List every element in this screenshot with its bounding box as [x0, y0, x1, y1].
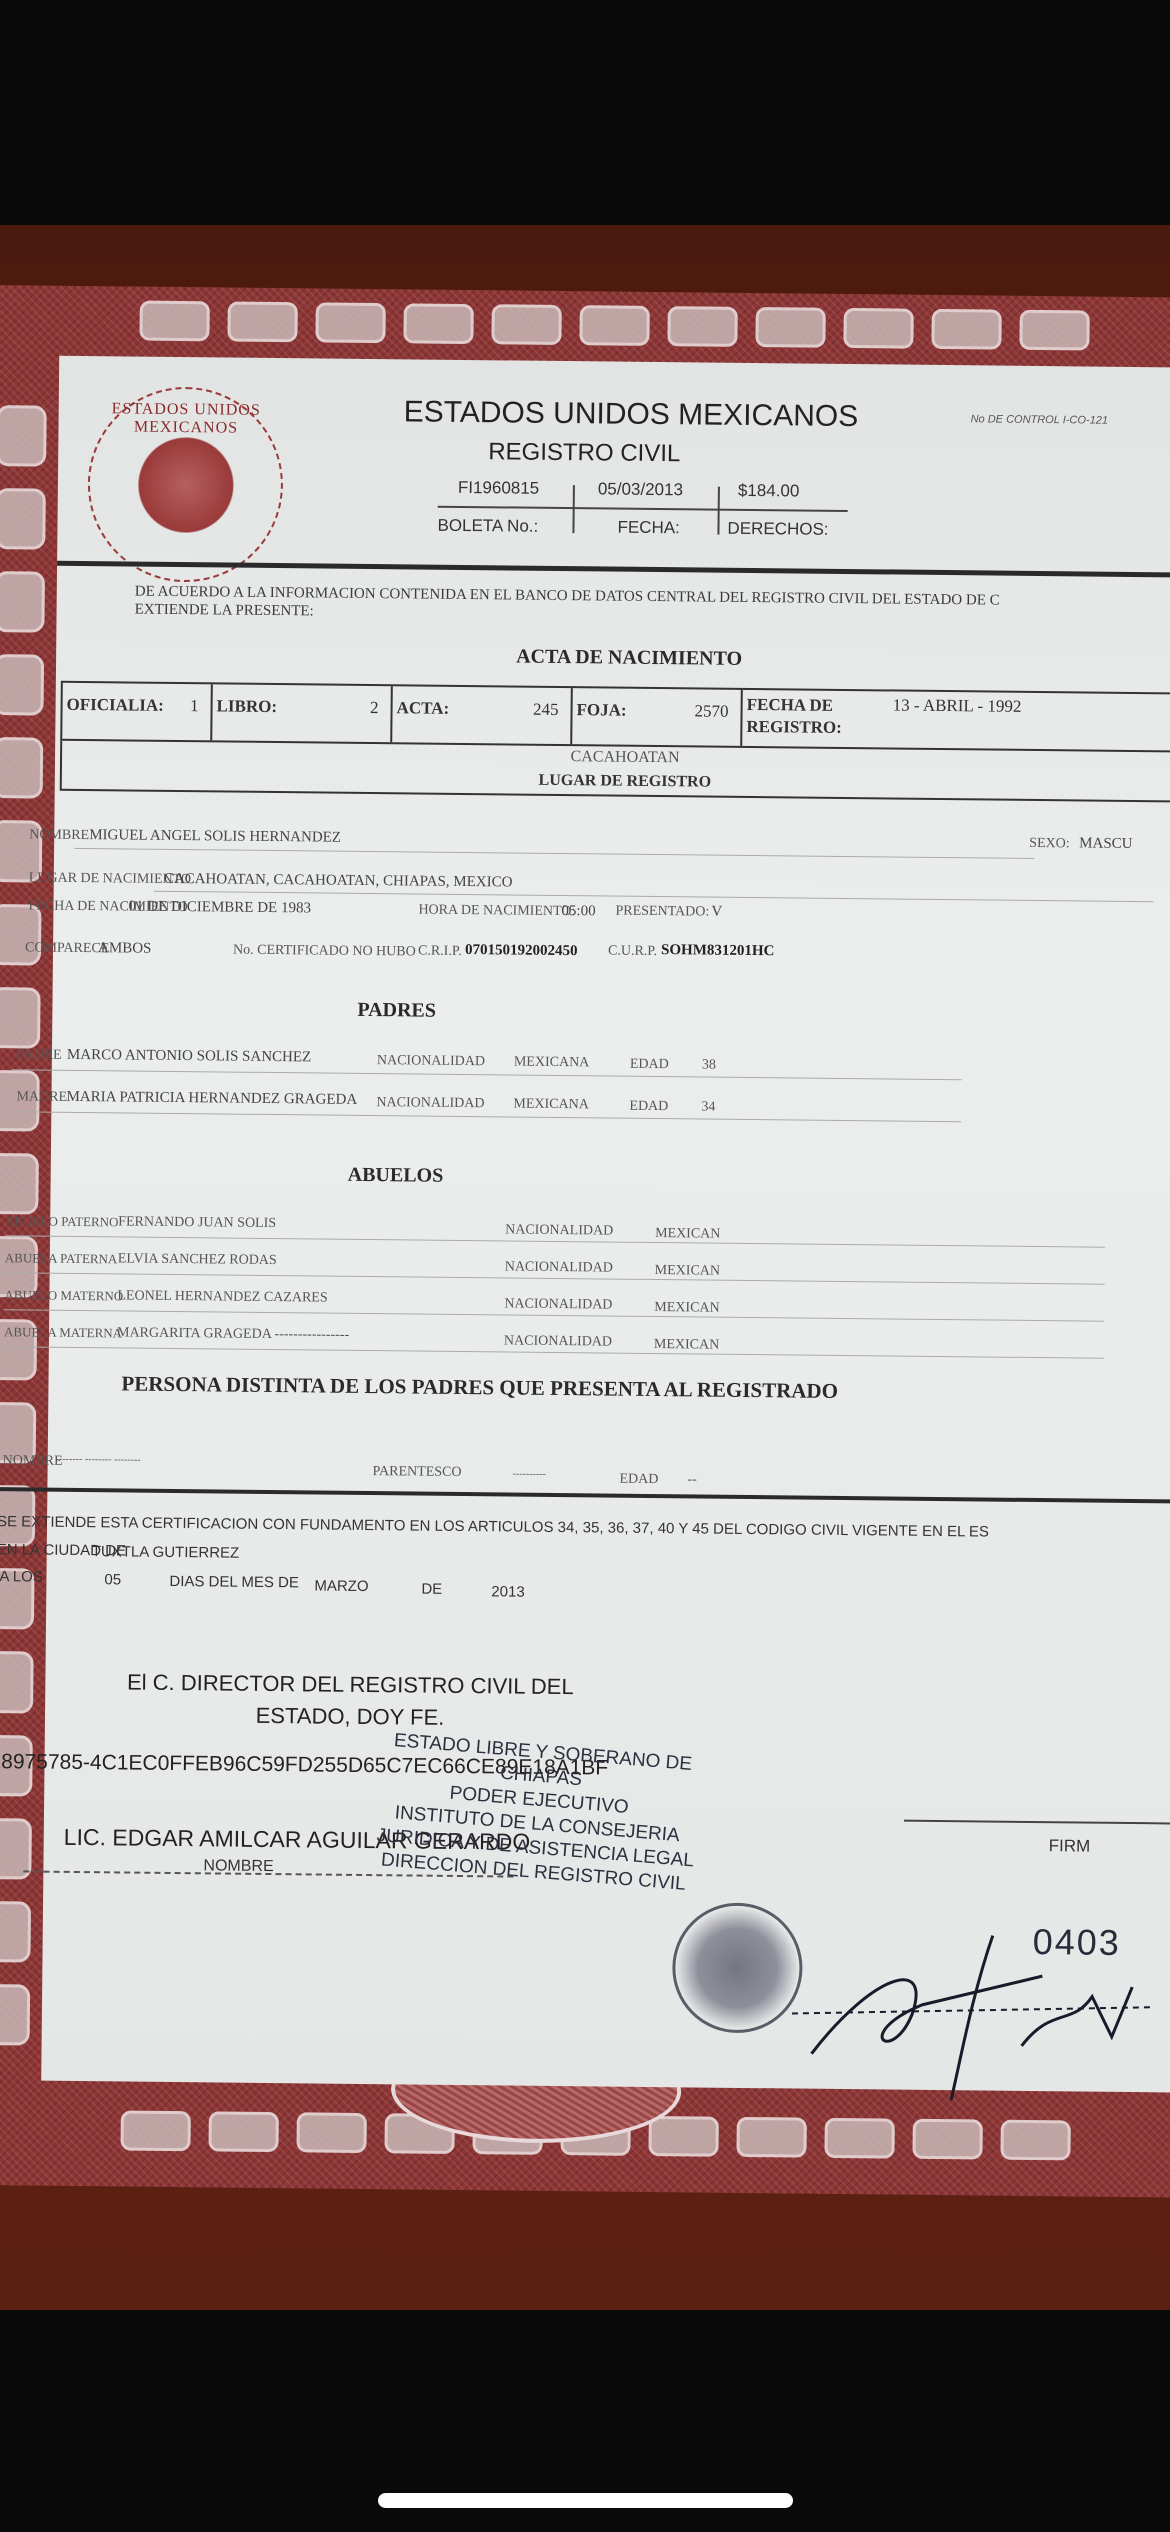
office-title: REGISTRO CIVIL: [488, 438, 680, 468]
state-stamp: ESTADO LIBRE Y SOBERANO DECHIAPASPODER E…: [378, 1739, 698, 1886]
country-title: ESTADOS UNIDOS MEXICANOS: [404, 395, 859, 434]
birth-certificate: ESTADOS UNIDOS MEXICANOS ESTADOS UNIDOS …: [0, 285, 1170, 2197]
ciudad-value: TUXTLA GUTIERREZ: [92, 1543, 240, 1562]
presentado-value: V: [711, 904, 722, 921]
eagle-emblem-icon: [130, 429, 241, 540]
libro-value: 2: [370, 698, 379, 718]
a-los-label: A LOS: [0, 1568, 43, 1585]
presenta-nombre-label: NOMBRE: [3, 1453, 63, 1470]
grandparent-name: MARGARITA GRAGEDA ----------------: [117, 1325, 349, 1343]
certificado-label: No. CERTIFICADO NO HUBO: [233, 943, 416, 961]
parent-edad: 38: [702, 1057, 716, 1073]
crip-value: 070150192002450: [465, 942, 578, 960]
fee-rule: [438, 506, 848, 512]
lugar-nacimiento-value: CACAHOATAN, CACAHOATAN, CHIAPAS, MEXICO: [164, 871, 513, 892]
boleta-value: FI1960815: [458, 478, 540, 499]
parent-name: MARCO ANTONIO SOLIS SANCHEZ: [67, 1047, 312, 1067]
oficialia-label: OFICIALIA:: [67, 695, 165, 716]
grandparent-nacionalidad-label: NACIONALIDAD: [505, 1222, 613, 1239]
de-label: DE: [421, 1581, 442, 1598]
fecha-nacimiento-value: 01 DE DICIEMBRE DE 1983: [128, 898, 311, 917]
grandparent-nacionalidad: MEXICAN: [655, 1226, 721, 1243]
certification-text: SE EXTIENDE ESTA CERTIFICACION CON FUNDA…: [0, 1513, 989, 1540]
national-seal: ESTADOS UNIDOS MEXICANOS: [87, 386, 284, 583]
fee-divider: [717, 487, 720, 535]
grandparent-name: FERNANDO JUAN SOLIS: [118, 1214, 276, 1232]
grandparent-nacionalidad: MEXICAN: [655, 1263, 721, 1280]
crip-label: C.R.I.P.: [418, 944, 462, 960]
dias-label: DIAS DEL MES DE: [169, 1573, 299, 1591]
libro-cell: LIBRO: 2: [212, 684, 393, 742]
signature-icon: [791, 1913, 1153, 2107]
official-stamp-icon: [672, 1902, 803, 2033]
control-number: No DE CONTROL I-CO-121: [971, 413, 1108, 426]
foja-label: FOJA:: [576, 700, 626, 721]
parent-nacionalidad: MEXICANA: [514, 1055, 590, 1072]
hora-nacimiento-label: HORA DE NACIMIENTO:: [418, 903, 575, 921]
fecha-label: FECHA:: [617, 518, 680, 539]
grandparent-role: ABUELO PATERNO: [5, 1213, 118, 1230]
grandparent-nacionalidad: MEXICAN: [654, 1300, 720, 1317]
acta-value: 245: [533, 700, 559, 720]
abuelos-title: ABUELOS: [348, 1164, 444, 1188]
grandparent-nacionalidad-label: NACIONALIDAD: [505, 1259, 613, 1276]
padres-title: PADRES: [357, 999, 436, 1023]
grandparent-nacionalidad-label: NACIONALIDAD: [504, 1333, 612, 1350]
grandparent-role: ABUELA MATERNA: [4, 1324, 122, 1341]
boleta-label: BOLETA No.:: [437, 516, 538, 537]
sexo-label: SEXO:: [1029, 836, 1070, 852]
home-indicator[interactable]: [378, 2493, 793, 2508]
presenta-title: PERSONA DISTINTA DE LOS PADRES QUE PRESE…: [121, 1371, 838, 1404]
grandparent-name: LEONEL HERNANDEZ CAZARES: [117, 1288, 327, 1306]
parent-nacionalidad-label: NACIONALIDAD: [376, 1095, 484, 1112]
oficialia-cell: OFICIALIA: 1: [62, 683, 213, 741]
firma-label: FIRM: [1049, 1836, 1091, 1856]
intro-text: DE ACUERDO A LA INFORMACION CONTENIDA EN…: [135, 583, 1000, 628]
certificado-value: NO HUBO: [352, 944, 416, 960]
document-body: ESTADOS UNIDOS MEXICANOS ESTADOS UNIDOS …: [41, 356, 1170, 2093]
director-statement: El C. DIRECTOR DEL REGISTRO CIVIL DEL ES…: [90, 1666, 611, 1735]
grandparent-nacionalidad-label: NACIONALIDAD: [504, 1296, 612, 1313]
presenta-edad-label: EDAD: [619, 1472, 658, 1488]
curp-value: SOHM831201HC: [661, 942, 775, 960]
anio-value: 2013: [491, 1583, 525, 1600]
derechos-label: DERECHOS:: [727, 519, 828, 540]
mes-value: MARZO: [314, 1577, 368, 1595]
fecha-value: 05/03/2013: [598, 479, 683, 500]
parent-role: PADRE: [17, 1047, 62, 1063]
fecha-registro-label: FECHA DEREGISTRO:: [746, 694, 842, 739]
nombre-label: NOMBRE: [29, 827, 89, 844]
oficialia-value: 1: [190, 696, 199, 716]
dia-value: 05: [104, 1571, 121, 1588]
grandparent-role: ABUELA PATERNA: [5, 1250, 118, 1267]
foja-cell: FOJA: 2570: [572, 688, 743, 746]
derechos-value: $184.00: [738, 481, 800, 502]
parent-edad-label: EDAD: [629, 1099, 668, 1115]
sexo-value: MASCU: [1079, 835, 1133, 853]
libro-label: LIBRO:: [216, 696, 277, 717]
parent-nacionalidad: MEXICANA: [513, 1097, 589, 1114]
grandparent-name: ELVIA SANCHEZ RODAS: [118, 1251, 277, 1269]
fecha-registro-value: 13 - ABRIL - 1992: [893, 695, 1022, 716]
parent-role: MADRE: [16, 1089, 67, 1106]
parent-nacionalidad-label: NACIONALIDAD: [377, 1053, 485, 1070]
acta-title: ACTA DE NACIMIENTO: [516, 646, 742, 671]
section-divider: [0, 1487, 1170, 1504]
grandparent-role: ABUELO MATERNO: [4, 1287, 123, 1304]
lugar-registro-label: LUGAR DE REGISTRO: [62, 767, 1170, 797]
nombre-value: MIGUEL ANGEL SOLIS HERNANDEZ: [89, 827, 341, 847]
registration-table: OFICIALIA: 1 LIBRO: 2 ACTA: 245 FOJA: 25…: [60, 681, 1170, 803]
grandparent-nacionalidad: MEXICAN: [654, 1337, 720, 1354]
seal-text: ESTADOS UNIDOS MEXICANOS: [90, 400, 281, 438]
curp-label: C.U.R.P.: [608, 944, 657, 961]
presenta-edad-value: --: [687, 1472, 696, 1488]
parent-name: MARIA PATRICIA HERNANDEZ GRAGEDA: [66, 1089, 357, 1109]
acta-label: ACTA:: [396, 698, 449, 719]
fee-divider: [572, 485, 575, 533]
foja-value: 2570: [694, 701, 728, 721]
parent-edad: 34: [701, 1099, 715, 1115]
comparece-value: AMBOS: [98, 940, 152, 958]
fecha-registro-cell: FECHA DEREGISTRO: 13 - ABRIL - 1992: [742, 690, 1170, 751]
presenta-nombre-value: -------- -------- --------: [56, 1454, 141, 1466]
fee-box: FI1960815 05/03/2013 $184.00 BOLETA No.:…: [437, 478, 838, 542]
parentesco-value: ----------: [513, 1469, 546, 1480]
presentado-label: PRESENTADO:: [615, 904, 709, 921]
comparece-label: COMPARECE: [25, 940, 109, 957]
nombre-firma-label: NOMBRE: [203, 1857, 273, 1876]
acta-cell: ACTA: 245: [392, 686, 573, 744]
hora-nacimiento-value: 05:00: [561, 903, 595, 920]
parent-edad-label: EDAD: [630, 1057, 669, 1073]
parentesco-label: PARENTESCO: [373, 1464, 462, 1481]
